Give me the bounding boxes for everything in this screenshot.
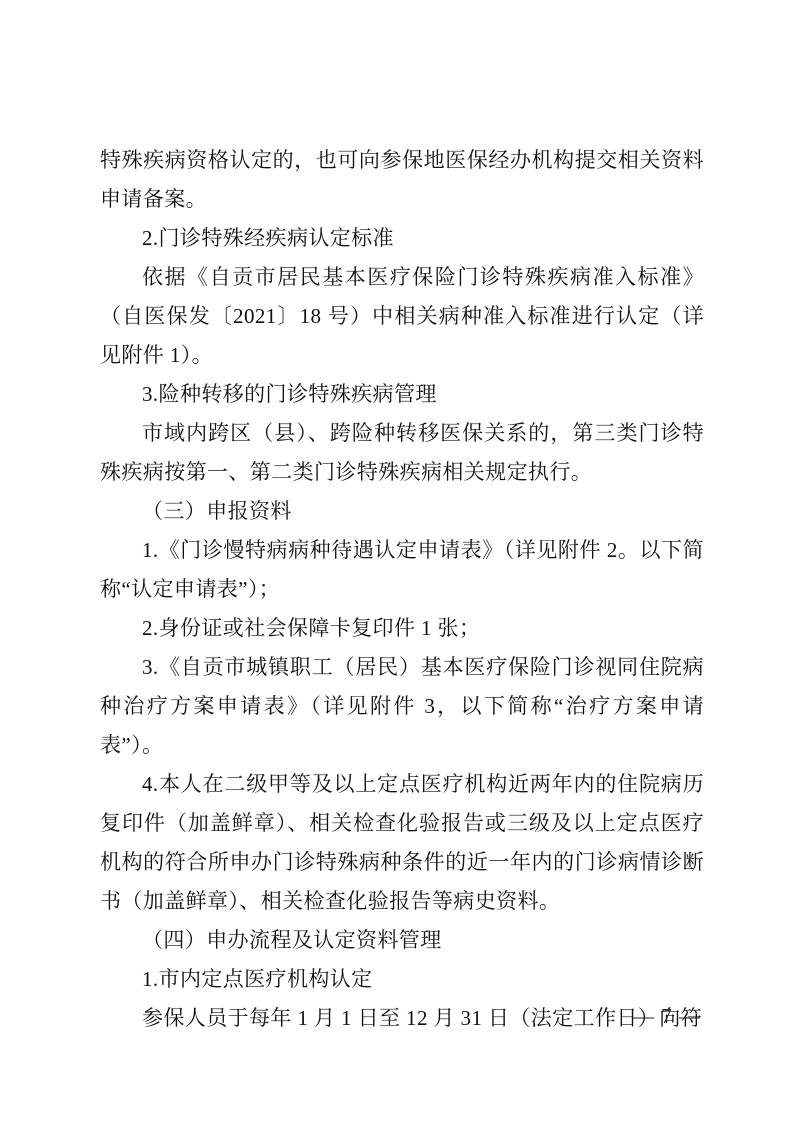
document-page: 特殊疾病资格认定的，也可向参保地医保经办机构提交相关资料申请备案。2.门诊特殊经…	[0, 0, 793, 1122]
paragraph-3: 依据《自贡市居民基本医疗保险门诊特殊疾病准入标准》（自医保发〔2021〕18 号…	[100, 258, 704, 375]
document-body: 特殊疾病资格认定的，也可向参保地医保经办机构提交相关资料申请备案。2.门诊特殊经…	[100, 141, 704, 1038]
paragraph-5: 市域内跨区（县）、跨险种转移医保关系的，第三类门诊特殊疾病按第一、第二类门诊特殊…	[100, 414, 704, 492]
page-number: — 7 —	[633, 1001, 701, 1031]
paragraph-9: 3.《自贡市城镇职工（居民）基本医疗保险门诊视同住院病种治疗方案申请表》（详见附…	[100, 648, 704, 765]
paragraph-7: 1.《门诊慢特病病种待遇认定申请表》（详见附件 2。以下简称“认定申请表”）；	[100, 531, 704, 609]
paragraph-8: 2.身份证或社会保障卡复印件 1 张；	[100, 609, 704, 648]
paragraph-10: 4.本人在二级甲等及以上定点医疗机构近两年内的住院病历复印件（加盖鲜章）、相关检…	[100, 765, 704, 921]
paragraph-13: 参保人员于每年 1 月 1 日至 12 月 31 日（法定工作日）向符	[100, 999, 704, 1038]
paragraph-6: （三）申报资料	[100, 492, 704, 531]
paragraph-11: （四）申办流程及认定资料管理	[100, 921, 704, 960]
paragraph-4: 3.险种转移的门诊特殊疾病管理	[100, 375, 704, 414]
paragraph-12: 1.市内定点医疗机构认定	[100, 960, 704, 999]
paragraph-1: 特殊疾病资格认定的，也可向参保地医保经办机构提交相关资料申请备案。	[100, 141, 704, 219]
paragraph-2: 2.门诊特殊经疾病认定标准	[100, 219, 704, 258]
